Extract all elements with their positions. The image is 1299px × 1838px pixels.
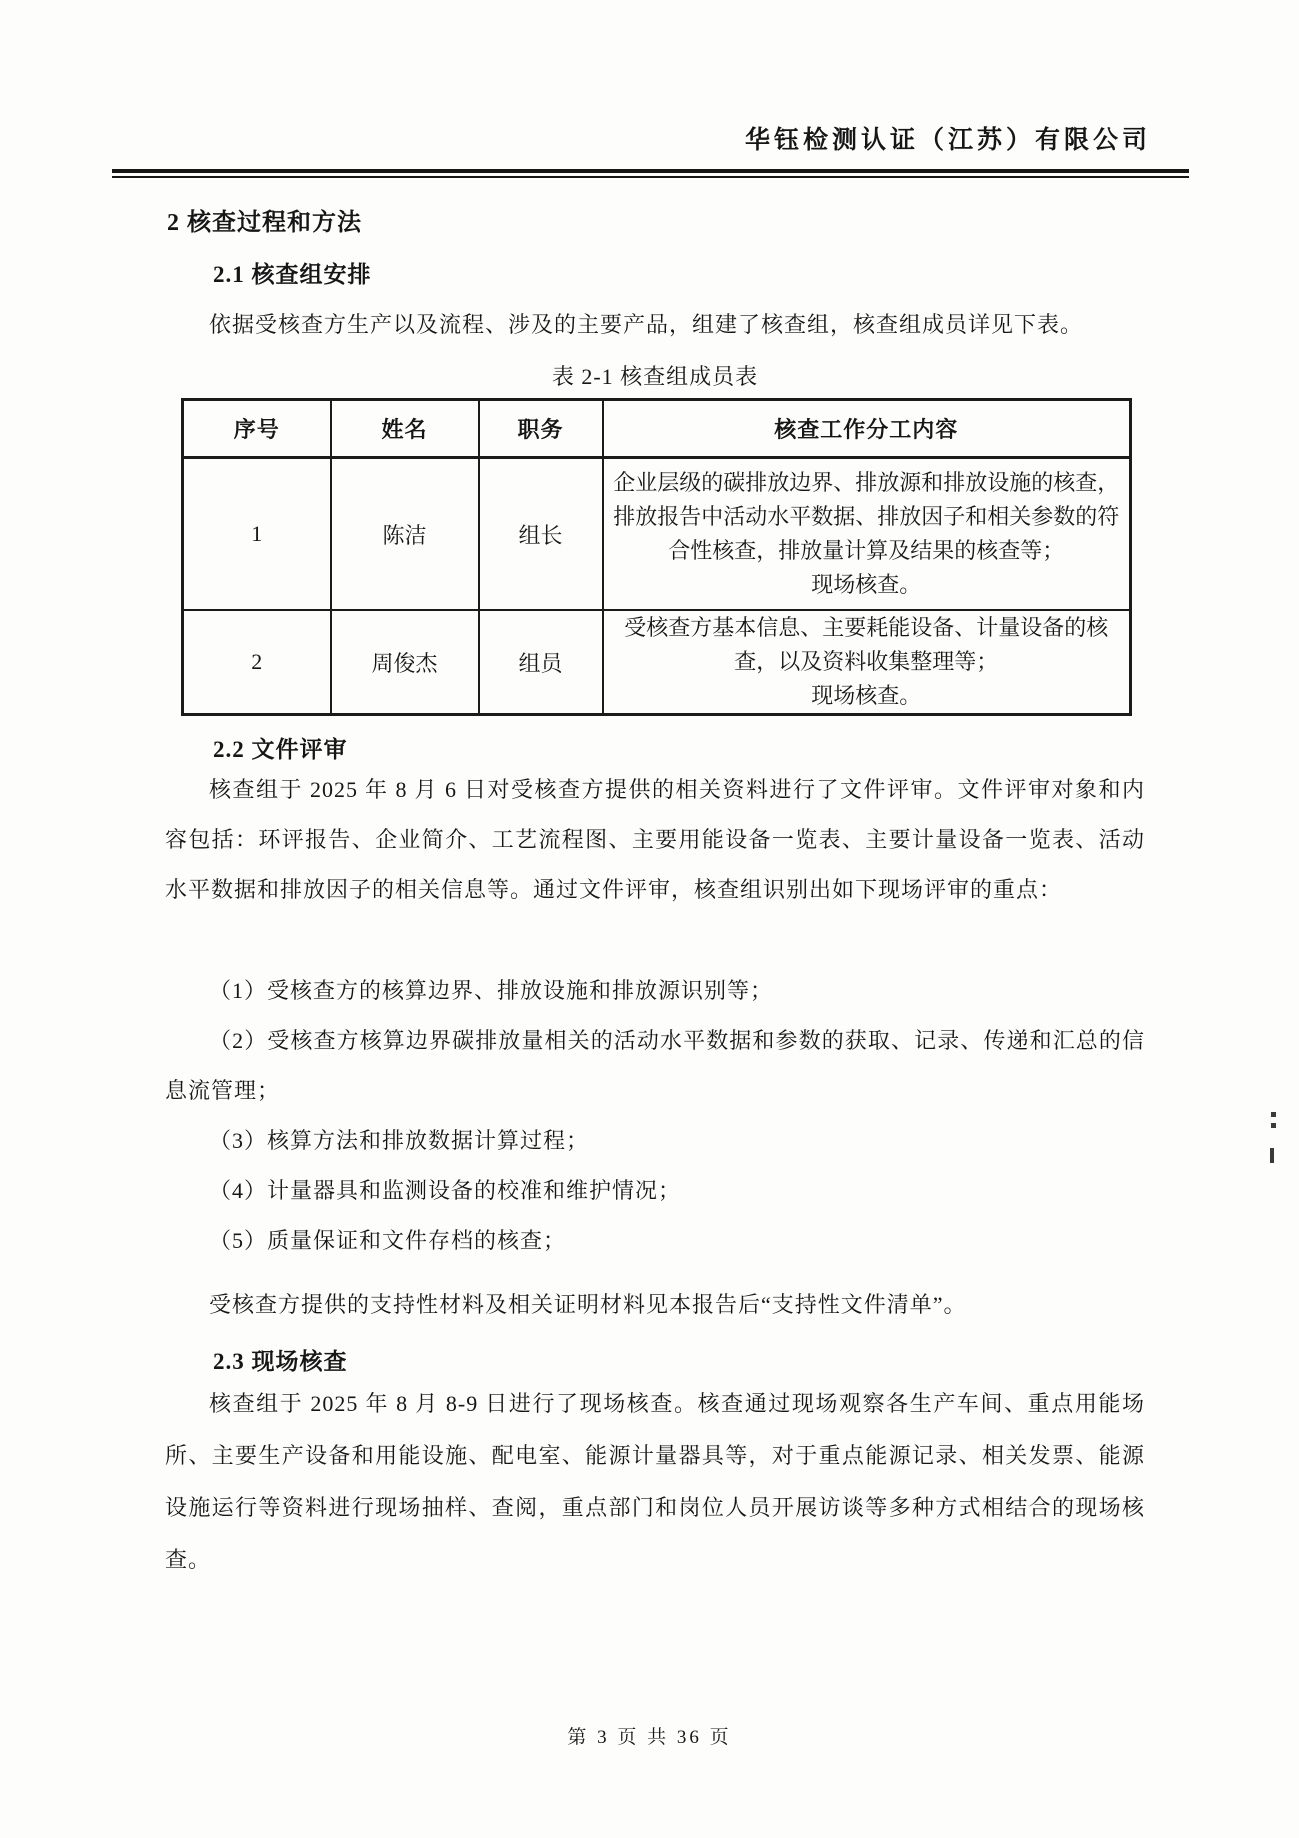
col-header-role: 职务	[479, 400, 603, 458]
subsection-title-team: 2.1 核查组安排	[213, 256, 372, 289]
cell-name: 周俊杰	[331, 610, 479, 715]
review-focus-item-5: （5）质量保证和文件存档的核查；	[165, 1216, 1145, 1266]
header-company-name: 华钰检测认证（江苏）有限公司	[745, 120, 1151, 156]
cell-duty: 企业层级的碳排放边界、排放源和排放设施的核查，排放报告中活动水平数据、排放因子和…	[603, 458, 1131, 611]
review-focus-item-3: （3）核算方法和排放数据计算过程；	[165, 1116, 1145, 1166]
subsection-title-onsite: 2.3 现场核查	[213, 1343, 348, 1376]
review-focus-list: （1）受核查方的核算边界、排放设施和排放源识别等； （2）受核查方核算边界碳排放…	[165, 966, 1145, 1266]
onsite-verification-paragraph: 核查组于 2025 年 8 月 8-9 日进行了现场核查。核查通过现场观察各生产…	[165, 1378, 1145, 1586]
duty-site-text: 现场核查。	[604, 679, 1130, 713]
review-focus-item-2: （2）受核查方核算边界碳排放量相关的活动水平数据和参数的获取、记录、传递和汇总的…	[165, 1016, 1145, 1116]
table-row: 2 周俊杰 组员 受核查方基本信息、主要耗能设备、计量设备的核查，以及资料收集整…	[183, 610, 1131, 715]
scan-artifact-mark	[1270, 1148, 1274, 1163]
duty-site-text: 现场核查。	[604, 568, 1130, 602]
page-number: 第 3 页 共 36 页	[0, 1722, 1299, 1749]
team-members-table: 序号 姓名 职务 核查工作分工内容 1 陈洁 组长 企业层级的碳排放边界、排放源…	[181, 398, 1132, 716]
cell-role: 组员	[479, 610, 603, 715]
review-focus-item-4: （4）计量器具和监测设备的校准和维护情况；	[165, 1166, 1145, 1216]
supporting-materials-paragraph: 受核查方提供的支持性材料及相关证明材料见本报告后“支持性文件清单”。	[165, 1280, 1145, 1330]
team-intro-paragraph: 依据受核查方生产以及流程、涉及的主要产品，组建了核查组，核查组成员详见下表。	[165, 300, 1145, 350]
table-row: 1 陈洁 组长 企业层级的碳排放边界、排放源和排放设施的核查，排放报告中活动水平…	[183, 458, 1131, 611]
table-header-row: 序号 姓名 职务 核查工作分工内容	[183, 400, 1131, 458]
scan-artifact-dots	[1271, 1112, 1276, 1117]
section-title: 2 核查过程和方法	[167, 202, 362, 237]
cell-no: 2	[183, 610, 331, 715]
cell-role: 组长	[479, 458, 603, 611]
col-header-no: 序号	[183, 400, 331, 458]
review-focus-item-1: （1）受核查方的核算边界、排放设施和排放源识别等；	[165, 966, 1145, 1016]
subsection-title-document-review: 2.2 文件评审	[213, 731, 348, 764]
duty-main-text: 受核查方基本信息、主要耗能设备、计量设备的核查，以及资料收集整理等；	[604, 611, 1130, 679]
col-header-name: 姓名	[331, 400, 479, 458]
document-page: 华钰检测认证（江苏）有限公司 2 核查过程和方法 2.1 核查组安排 依据受核查…	[0, 0, 1299, 1838]
header-double-rule	[112, 169, 1189, 178]
cell-no: 1	[183, 458, 331, 611]
document-review-paragraph: 核查组于 2025 年 8 月 6 日对受核查方提供的相关资料进行了文件评审。文…	[165, 765, 1145, 915]
cell-name: 陈洁	[331, 458, 479, 611]
col-header-duty: 核查工作分工内容	[603, 400, 1131, 458]
duty-main-text: 企业层级的碳排放边界、排放源和排放设施的核查，排放报告中活动水平数据、排放因子和…	[604, 466, 1130, 568]
cell-duty: 受核查方基本信息、主要耗能设备、计量设备的核查，以及资料收集整理等； 现场核查。	[603, 610, 1131, 715]
table-caption: 表 2-1 核查组成员表	[182, 360, 1128, 391]
